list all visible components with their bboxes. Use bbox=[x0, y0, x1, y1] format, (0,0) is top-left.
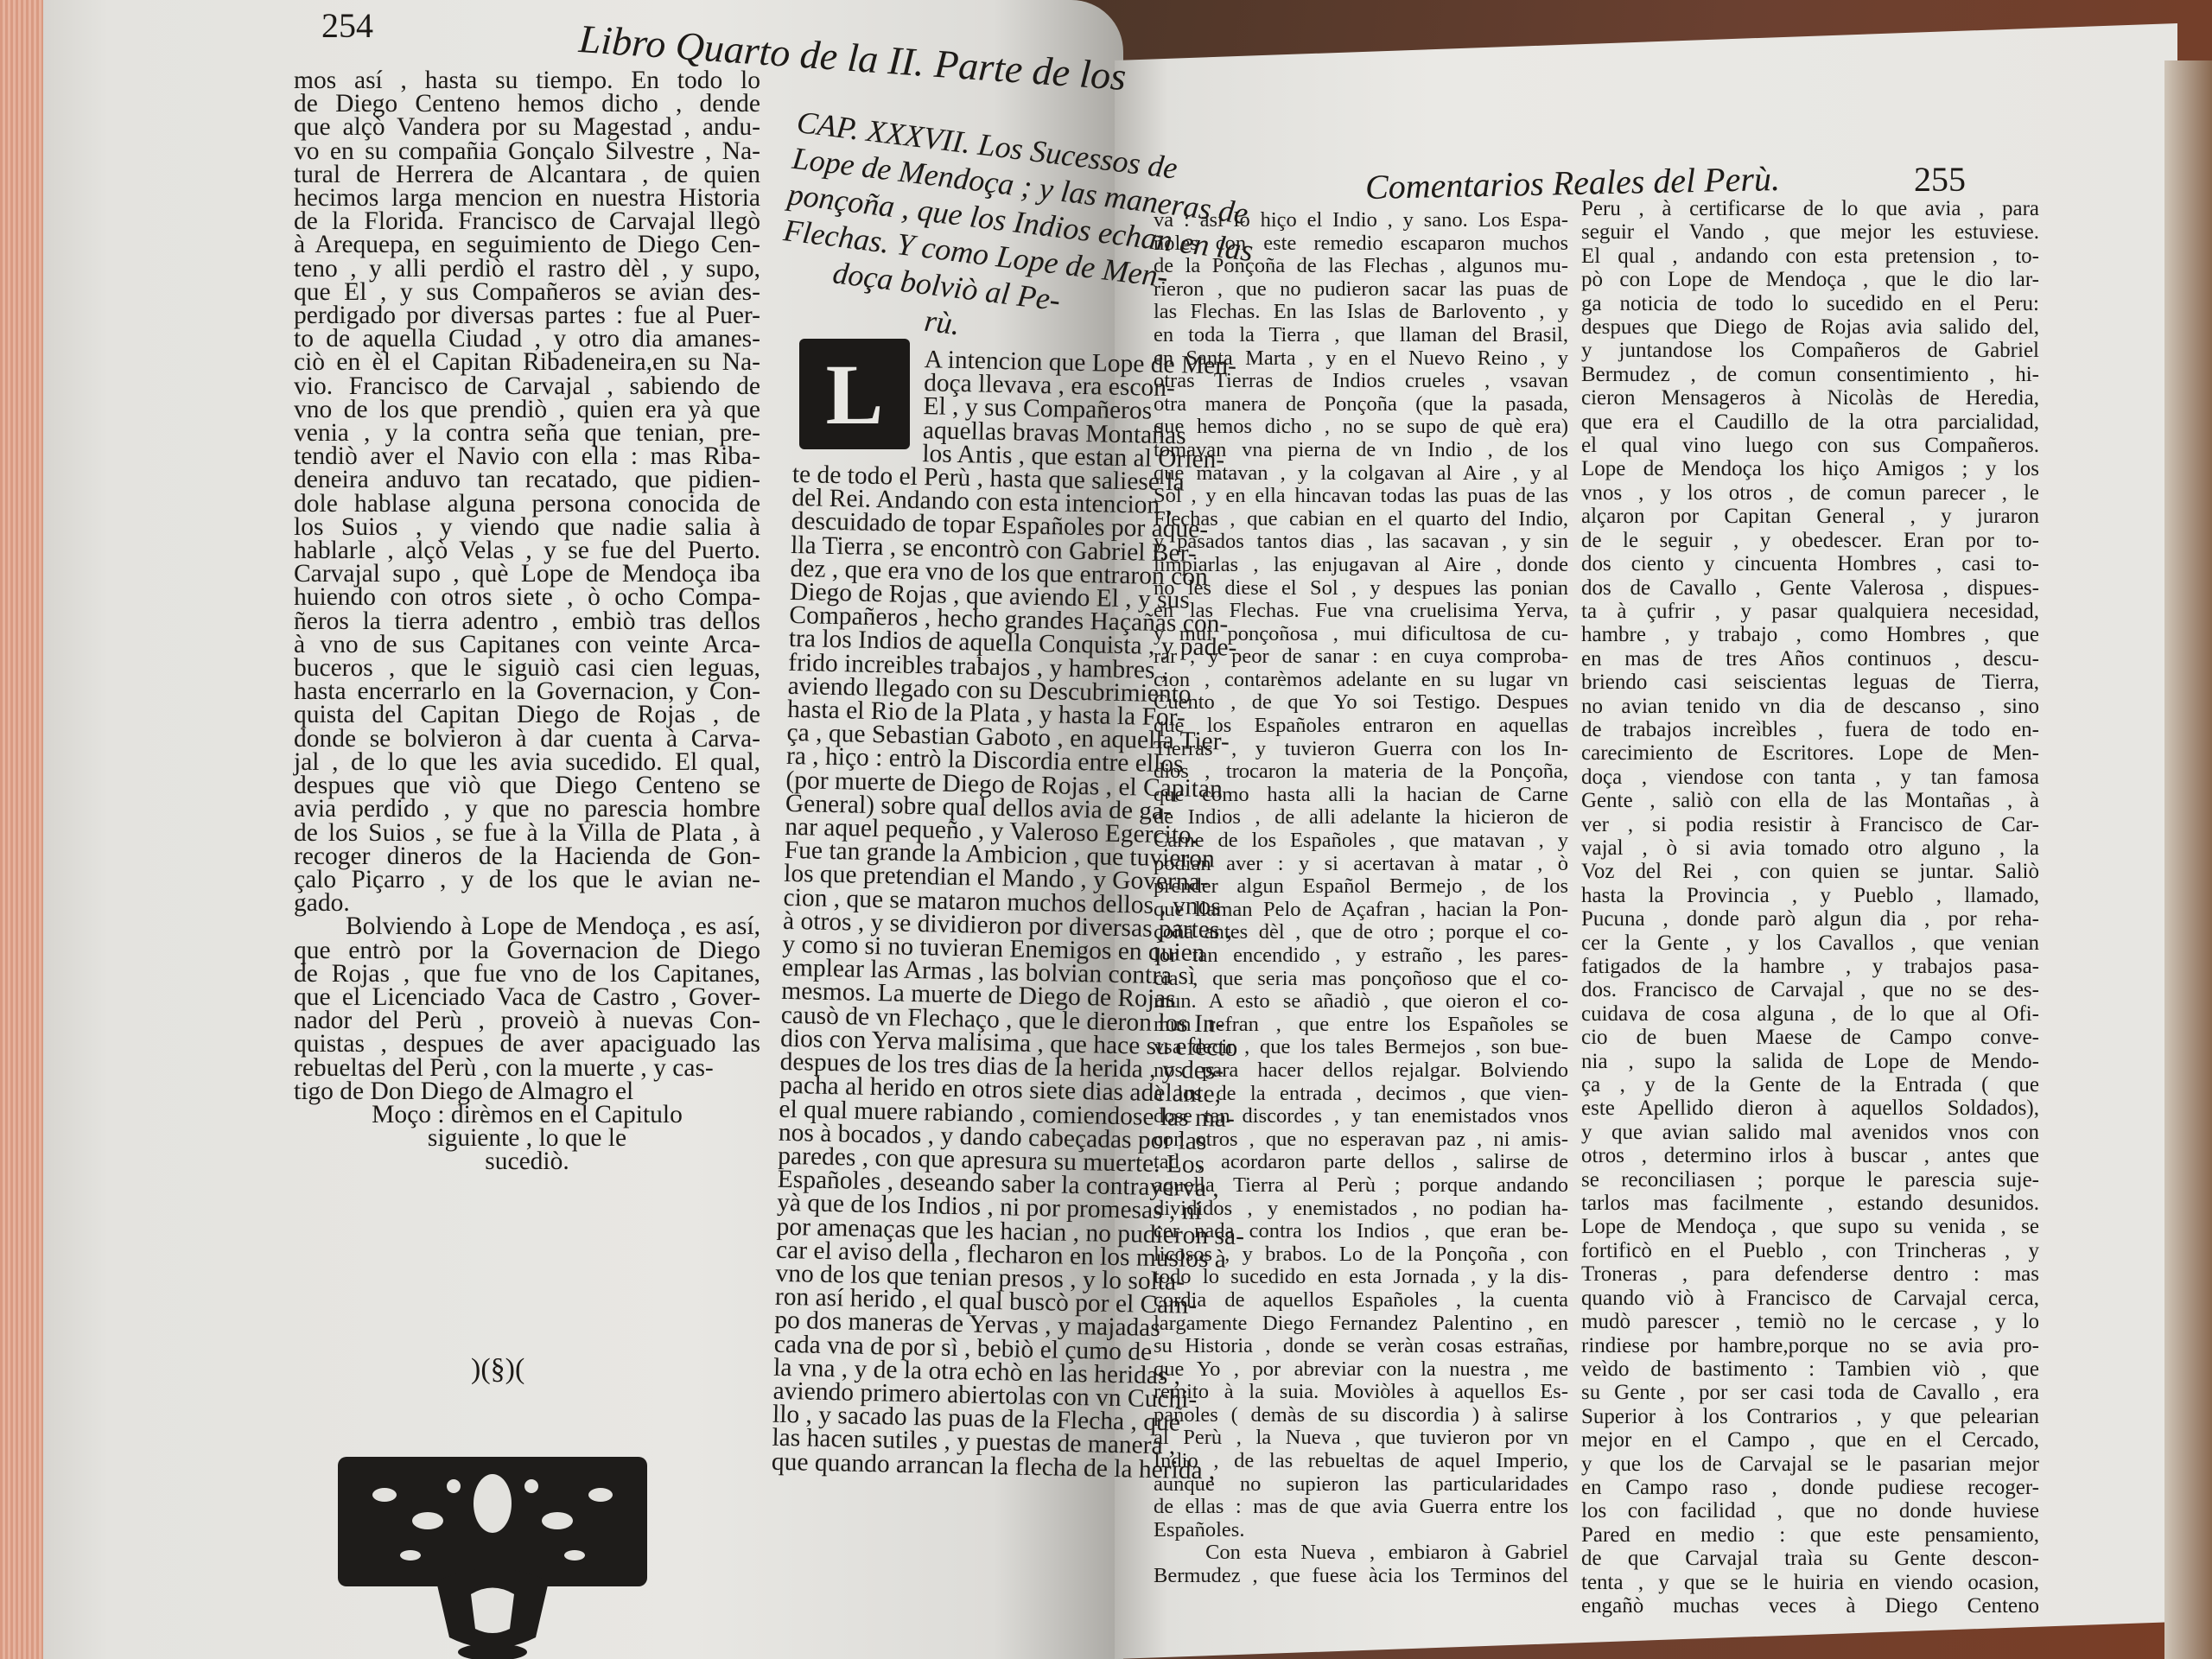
text-line: en Santa Marta , y en el Nuevo Reino , y bbox=[1154, 347, 1568, 371]
text-line: no les diese el Sol , y despues las poni… bbox=[1154, 577, 1568, 601]
text-line: à los de la entrada , decimos , que vien… bbox=[1154, 1083, 1568, 1106]
text-line: ñeros la tierra adentro , embiò tras del… bbox=[294, 610, 760, 633]
text-line: los Suios , y viendo que nadie salia à bbox=[294, 516, 760, 539]
text-line: en toda la Tierra , que llaman del Brasi… bbox=[1154, 324, 1568, 347]
text-line: que el Licenciado Vaca de Castro , Gover… bbox=[294, 986, 760, 1009]
text-line: tendiò aver el Navio con ella : mas Riba… bbox=[294, 445, 760, 468]
text-line: que quando arrancan la flecha de la heri… bbox=[772, 1450, 1104, 1480]
text-line: otra manera de Ponçoña (que la pasada, bbox=[1154, 393, 1568, 416]
text-line: remito à la suia. Moviòles à aquellos Es… bbox=[1154, 1381, 1568, 1404]
text-line: las Flechas. En las Islas de Barlovento … bbox=[1154, 301, 1568, 324]
left-page-column-2: A intencion que Lope de Men-doça llevava… bbox=[772, 346, 1128, 1481]
text-line: tenta , y que se le huiria en viendo oca… bbox=[1581, 1571, 2039, 1594]
text-line: mun refran , que entre los Españoles se bbox=[1154, 1014, 1568, 1037]
chapter-heading: CAP. XXXVII. Los Sucessos deLope de Mend… bbox=[772, 104, 1134, 361]
text-line: dole hablase alguna persona conocida de bbox=[294, 493, 760, 516]
text-line: lor tan encendido , y estraño , les pare… bbox=[1154, 944, 1568, 968]
text-line: y pasados tantos dias , las sacavan , y … bbox=[1154, 531, 1568, 554]
text-line: donde se bolvieron à dar cuenta à Carva- bbox=[294, 728, 760, 751]
text-line: que matavan , y la colgavan al Aire , y … bbox=[1154, 462, 1568, 486]
right-page-column-1: va : así lo hiço el Indio , y sano. Los … bbox=[1154, 209, 1568, 1588]
text-line: Pared en medio : que este pensamiento, bbox=[1581, 1523, 2039, 1547]
text-line: avia perdido , y que no parescia hombre bbox=[294, 798, 760, 821]
text-line: alçaron por Capitan General , y juraron bbox=[1581, 505, 2039, 528]
text-line: no avian tenido vn dia de descanso , sin… bbox=[1581, 695, 2039, 718]
text-line: vajal , ò si avia tomado otro alguno , l… bbox=[1581, 836, 2039, 860]
text-line: cer nada contra los Indios , que eran be… bbox=[1154, 1220, 1568, 1243]
text-line: dose tan discordes , y tan enemistados v… bbox=[1154, 1105, 1568, 1128]
text-line: çoña antes dèl , que de otro ; porque el… bbox=[1154, 921, 1568, 944]
text-line: Moço : dirèmos en el Capitulo bbox=[294, 1103, 760, 1127]
text-line: cion , contarèmos adelante en su lugar v… bbox=[1154, 669, 1568, 692]
text-line: Bermudez , de comun consentimiento , hi- bbox=[1581, 363, 2039, 386]
text-line: pò con Lope de Mendoça , que le dio lar- bbox=[1581, 268, 2039, 291]
text-line: cordia de aquellos Españoles , la cuenta bbox=[1154, 1289, 1568, 1313]
text-line: çalo Piçarro , y de los que le avian ne- bbox=[294, 868, 760, 892]
text-line: de trabajos increìbles , fuera de todo e… bbox=[1581, 718, 2039, 741]
text-line: cer la Gente , y los Cavallos , que veni… bbox=[1581, 931, 2039, 955]
text-line: va : así lo hiço el Indio , y sano. Los … bbox=[1154, 209, 1568, 232]
text-line: rar , y peor de sanar : en cuya comproba… bbox=[1154, 645, 1568, 669]
text-line: otras Tierras de Indios crueles , vsavan bbox=[1154, 370, 1568, 393]
text-line: podian aver : y si acertavan à matar , ò bbox=[1154, 853, 1568, 876]
text-line: en las Flechas. Fue vna cruelisima Yerva… bbox=[1154, 600, 1568, 623]
text-line: Con esta Nueva , embiaron à Gabriel bbox=[1154, 1541, 1568, 1565]
text-line: de la Florida. Francisco de Carvajal lle… bbox=[294, 210, 760, 233]
text-line: que llaman Pelo de Açafran , hacian la P… bbox=[1154, 899, 1568, 922]
text-line: que alçò Vandera por su Magestad , andu- bbox=[294, 116, 760, 139]
text-line: prender algun Español Bermejo , de los bbox=[1154, 875, 1568, 899]
text-line: que los Españoles entraron en aquellas bbox=[1154, 715, 1568, 738]
text-line: buceros , que le siguiò casi cien leguas… bbox=[294, 657, 760, 680]
text-line: dos de Cavallo , Gente Valerosa , dispue… bbox=[1581, 576, 2039, 600]
text-line: Pucuna , donde parò algun dia , por reha… bbox=[1581, 907, 2039, 931]
text-line: se reconciliasen ; porque le parescia su… bbox=[1581, 1168, 2039, 1192]
text-line: cuidava de cosa alguna , de lo que al Of… bbox=[1581, 1002, 2039, 1026]
text-line: que El , y sus Compañeros se avian des- bbox=[294, 281, 760, 304]
text-line: Cuento , de que Yo soi Testigo. Despues bbox=[1154, 691, 1568, 715]
text-line: tarlos mas facilmente , estando desunido… bbox=[1581, 1192, 2039, 1215]
text-line: veìdo de bastimento : Tambien viò , que bbox=[1581, 1357, 2039, 1381]
text-line: Tierras , y tuvieron Guerra con los In- bbox=[1154, 738, 1568, 761]
text-line: rieron , que no pudieron sacar las puas … bbox=[1154, 278, 1568, 302]
text-line: mejor en el Campo , que en el Cercado, bbox=[1581, 1428, 2039, 1452]
text-line: y que avian salido mal avenidos vnos con bbox=[1581, 1121, 2039, 1144]
text-line: recoger dineros de la Hacienda de Gon- bbox=[294, 845, 760, 868]
text-line: seguir el Vando , que mejor les estuvies… bbox=[1581, 220, 2039, 244]
text-line: vsa decir , que los tales Bermejos , son… bbox=[1154, 1036, 1568, 1059]
text-line: teno , y alli perdiò el rastro dèl , y s… bbox=[294, 257, 760, 281]
text-line: nos para hacer dellos rejalgar. Bolviend… bbox=[1154, 1059, 1568, 1083]
text-line: de le seguir , y obedescer. Eran por to- bbox=[1581, 529, 2039, 552]
text-line: quando viò à Francisco de Carvajal cerca… bbox=[1581, 1287, 2039, 1310]
text-line: sucediò. bbox=[294, 1150, 760, 1173]
text-line: fatigados de la hambre , y trabajos pasa… bbox=[1581, 955, 2039, 978]
text-line: ta à çufrir , y pasar qualquiera necesid… bbox=[1581, 600, 2039, 623]
text-line: divididos , y enemistados , no podian ha… bbox=[1154, 1198, 1568, 1221]
text-line: cio de buen Maese de Campo conve- bbox=[1581, 1026, 2039, 1049]
text-line: vnos , y los otros , de comun parecer , … bbox=[1581, 481, 2039, 505]
text-line: Carvajal supo , què Lope de Mendoça iba bbox=[294, 563, 760, 586]
text-line: que Yo , por abreviar con la nuestra , m… bbox=[1154, 1358, 1568, 1382]
text-line: Flechas , que cabian en el quarto del In… bbox=[1154, 508, 1568, 531]
text-line: y mui ponçoñosa , mui dificultosa de cu- bbox=[1154, 623, 1568, 646]
text-line: dos. Francisco de Carvajal , que no se d… bbox=[1581, 978, 2039, 1001]
text-line: Indio , de las rebueltas de aquel Imperi… bbox=[1154, 1450, 1568, 1473]
text-line: à vno de sus Capitanes con veinte Arca- bbox=[294, 633, 760, 657]
text-line: y juntandose los Compañeros de Gabriel bbox=[1581, 339, 2039, 362]
text-line: que era el Caudillo de la otra parcialid… bbox=[1581, 410, 2039, 434]
text-line: Lope de Mendoça los hiço Amigos ; y los bbox=[1581, 457, 2039, 480]
text-line: à Arequepa, en seguimiento de Diego Cen- bbox=[294, 233, 760, 257]
text-line: dios , trocaron la materia de la Ponçoña… bbox=[1154, 760, 1568, 784]
text-line: los con facilidad , que no donde huviese bbox=[1581, 1499, 2039, 1522]
text-line: deneira anduvo tan recatado, que pidien- bbox=[294, 468, 760, 492]
text-line: Peru , à certificarse de lo que avia , p… bbox=[1581, 197, 2039, 220]
text-line: aquella Tierra al Perù ; porque andando bbox=[1154, 1174, 1568, 1198]
text-line: al Perù , la Nueva , que tuvieron por vn bbox=[1154, 1427, 1568, 1450]
text-line: El qual , andando con esta pretension , … bbox=[1581, 245, 2039, 268]
text-line: todo lo sucedido en esta Jornada , y la … bbox=[1154, 1266, 1568, 1289]
text-line: que hemos dicho , no se supo de què era) bbox=[1154, 416, 1568, 439]
text-line: su Gente , por ser casi toda de Cavallo … bbox=[1581, 1381, 2039, 1404]
text-line: licosos , y brabos. Lo de la Ponçoña , c… bbox=[1154, 1243, 1568, 1267]
text-line: Lope de Mendoça , que supo su venida , s… bbox=[1581, 1215, 2039, 1238]
text-line: de que Carvajal traìa su Gente descon- bbox=[1581, 1547, 2039, 1570]
text-line: Superior à los Contrarios , y que pelear… bbox=[1581, 1405, 2039, 1428]
text-line: largamente Diego Fernandez Palentino , e… bbox=[1154, 1313, 1568, 1336]
fleuron-ornament: )(§)( bbox=[471, 1353, 524, 1386]
text-line: huiendo con otros siete , ò ocho Compa- bbox=[294, 586, 760, 609]
text-line: tad , acordaron parte dellos , salirse d… bbox=[1154, 1151, 1568, 1174]
text-line: ciò en èl el Capitan Ribadeneira,en su N… bbox=[294, 351, 760, 374]
text-line: hasta encerrarlo en la Governacion, y Co… bbox=[294, 680, 760, 703]
text-line: siguiente , lo que le bbox=[294, 1127, 760, 1150]
text-line: quistas , despues de aver apaciguado las bbox=[294, 1033, 760, 1056]
text-line: gado. bbox=[294, 892, 760, 915]
left-page-column-1: mos así , hasta su tiempo. En todo lode … bbox=[294, 69, 760, 1174]
text-line: con otros , que no esperavan paz , ni am… bbox=[1154, 1128, 1568, 1152]
text-line: jal , de lo que les avia sucedido. El qu… bbox=[294, 751, 760, 774]
text-line: su Historia , donde se veràn cosas estra… bbox=[1154, 1335, 1568, 1358]
text-line: otros , determino irlos à buscar , antes… bbox=[1581, 1144, 2039, 1167]
text-line: pañoles ( demàs de su discordia ) à sali… bbox=[1154, 1404, 1568, 1427]
right-page-column-2: Peru , à certificarse de lo que avia , p… bbox=[1581, 197, 2039, 1618]
text-line: briendo casi seiscientas leguas de Tierr… bbox=[1581, 671, 2039, 694]
text-line: hambre , y trabajo , como Hombres , que bbox=[1581, 623, 2039, 646]
text-line: aunque no supieron las particularidades bbox=[1154, 1473, 1568, 1497]
text-line: ça , y de la Gente de la Entrada ( que bbox=[1581, 1073, 2039, 1096]
text-line: doça , viendose con tanta , y tan famosa bbox=[1581, 766, 2039, 789]
text-line: ver , si podia resistir à Francisco de C… bbox=[1581, 813, 2039, 836]
text-line: mudò parescer , temiò no le cercase , y … bbox=[1581, 1310, 2039, 1333]
text-line: de Rojas , que fue vno de los Capitanes, bbox=[294, 963, 760, 986]
text-line: vo en su compañia Gonçalo Silvestre , Na… bbox=[294, 140, 760, 163]
text-line: vio. Francisco de Carvajal , sabiendo de bbox=[294, 375, 760, 398]
text-line: Bolviendo à Lope de Mendoça , es así, bbox=[294, 915, 760, 938]
text-line: de la Ponçoña de las Flechas , algunos m… bbox=[1154, 255, 1568, 278]
text-line: ga noticia de todo lo sucedido en el Per… bbox=[1581, 292, 2039, 315]
text-line: Carne de los Españoles , que matavan , y bbox=[1154, 829, 1568, 853]
text-line: en mas de tres Años continuos , descu- bbox=[1581, 647, 2039, 671]
text-line: de Indios , de alli adelante la hicieron… bbox=[1154, 806, 1568, 829]
text-line: Gente , saliò con ella de las Montañas ,… bbox=[1581, 789, 2039, 812]
text-line: tural de Herrera de Alcantara , de quien bbox=[294, 163, 760, 187]
text-line: Troneras , para defenderse dentro : mas bbox=[1581, 1262, 2039, 1286]
text-line: cieron Mensageros à Nicolàs de Heredia, bbox=[1581, 386, 2039, 410]
text-line: mos así , hasta su tiempo. En todo lo bbox=[294, 69, 760, 92]
text-line: que como hasta alli la hacian de Carne bbox=[1154, 784, 1568, 807]
text-line: Españoles. bbox=[1154, 1519, 1568, 1542]
text-line: de los Suios , se fue à la Villa de Plat… bbox=[294, 822, 760, 845]
text-line: nador del Perù , proveiò à nuevas Con- bbox=[294, 1009, 760, 1033]
text-line: fortificò en el Pueblo , con Trincheras … bbox=[1581, 1239, 2039, 1262]
text-line: Sol , y en ella hincavan todas las puas … bbox=[1154, 485, 1568, 508]
text-line: carecimiento de Escritores. Lope de Men- bbox=[1581, 741, 2039, 765]
text-line: hecimos larga mencion en nuestra Histori… bbox=[294, 187, 760, 210]
text-line: despues que Diego de Rojas avia salido d… bbox=[1581, 315, 2039, 339]
text-line: rebueltas del Perù , con la muerte , y c… bbox=[294, 1057, 760, 1080]
text-line: tomavan vna pierna de vn Indio , de los bbox=[1154, 439, 1568, 462]
text-line: hablarle , alçò Velas , y se fue del Pue… bbox=[294, 539, 760, 563]
left-page-number: 254 bbox=[321, 5, 373, 46]
text-line: limpiarlas , las enjugavan al Aire , don… bbox=[1154, 554, 1568, 577]
text-line: este Apellido dieron à aquellos Soldados… bbox=[1581, 1096, 2039, 1120]
text-line: rindiese por hambre,porque no se avia pr… bbox=[1581, 1334, 2039, 1357]
text-line: de ellas : mas de que avia Guerra entre … bbox=[1154, 1496, 1568, 1519]
text-line: y que los de Carvajal se le pasarian mej… bbox=[1581, 1452, 2039, 1476]
text-line: dos ciento y cincuenta Hombres , casi to… bbox=[1581, 552, 2039, 575]
text-line: Bermudez , que fuese àcia los Terminos d… bbox=[1154, 1565, 1568, 1588]
text-line: nia , supo la salida de Lope de Mendo- bbox=[1581, 1050, 2039, 1073]
right-page-number: 255 bbox=[1914, 159, 1966, 200]
text-line: mun. A esto se añadiò , que oieron el co… bbox=[1154, 990, 1568, 1014]
right-page-edge bbox=[2164, 60, 2212, 1659]
text-line: Voz del Rei , con quien se juntar. Saliò bbox=[1581, 860, 2039, 883]
text-line: que entrò por la Governacion de Diego bbox=[294, 939, 760, 963]
text-line: hasta la Provincia , y Pueblo , llamado, bbox=[1581, 884, 2039, 907]
text-line: to de aquella Ciudad , y otro dia amanes… bbox=[294, 327, 760, 351]
text-line: en Campo raso , donde pudiese recoger- bbox=[1581, 1476, 2039, 1499]
text-line: engañò muchas veces à Diego Centeno bbox=[1581, 1594, 2039, 1618]
text-line: vno de los que prendiò , quien era yà qu… bbox=[294, 398, 760, 422]
text-line: cia , que seria mas ponçoñoso que el co- bbox=[1154, 968, 1568, 991]
woodcut-vase-ornament-icon bbox=[333, 1452, 652, 1659]
text-line: quista del Capitan Diego de Rojas , de bbox=[294, 703, 760, 727]
text-line: perdigado por diversas partes : fue al P… bbox=[294, 304, 760, 327]
text-line: ñoles con este remedio escaparon muchos bbox=[1154, 232, 1568, 256]
text-line: venia , y la contra seña que tenian, pre… bbox=[294, 422, 760, 445]
text-line: tigo de Don Diego de Almagro el bbox=[294, 1080, 760, 1103]
text-line: de Diego Centeno hemos dicho , dende bbox=[294, 92, 760, 116]
text-line: el qual vino luego con sus Compañeros. bbox=[1581, 434, 2039, 457]
text-line: despues que viò que Diego Centeno se bbox=[294, 774, 760, 798]
